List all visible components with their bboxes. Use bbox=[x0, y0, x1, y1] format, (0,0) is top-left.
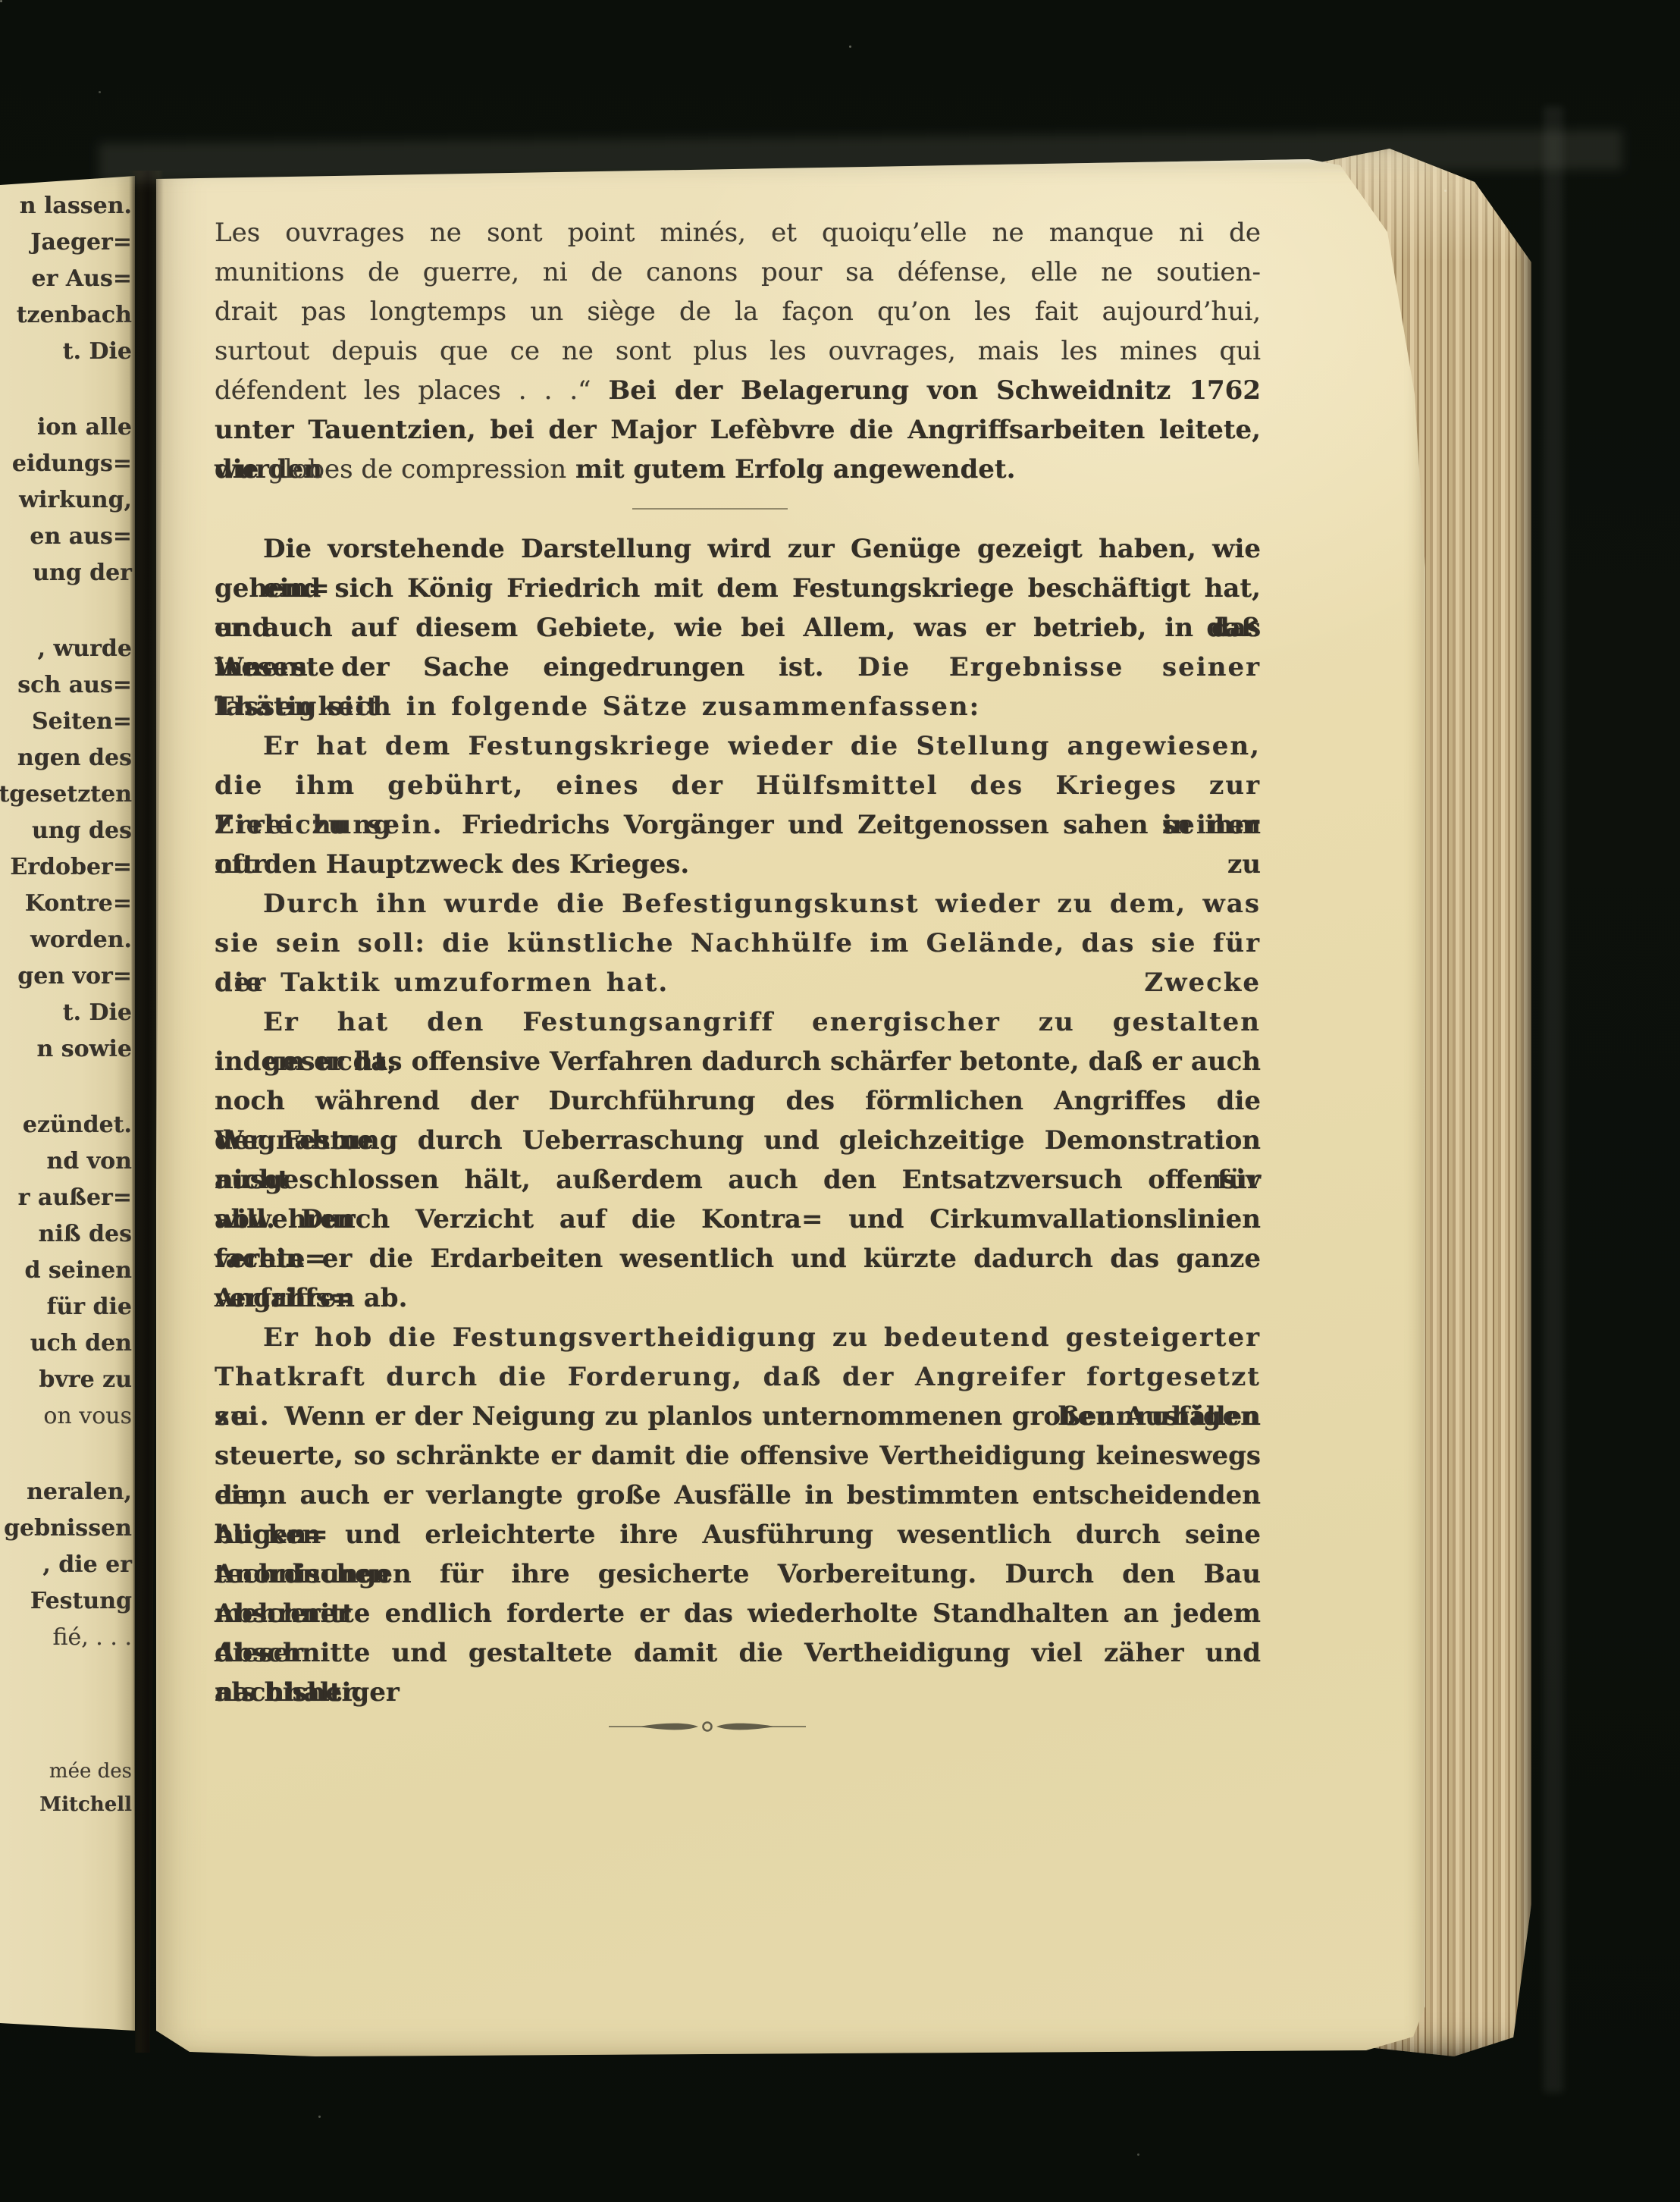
margin-fragment: worden. bbox=[0, 922, 132, 958]
text-line: indem er das offensive Verfahren dadurch… bbox=[215, 1042, 1261, 1081]
text-line: er auch auf diesem Gebiete, wie bei Alle… bbox=[215, 608, 1261, 648]
text-line: Thatkraft durch die Forderung, daß der A… bbox=[215, 1357, 1261, 1397]
text-line: die globes de compression mit gutem Erfo… bbox=[215, 450, 1261, 489]
text-line: Wesen der Sache eingedrungen ist. Die Er… bbox=[215, 648, 1261, 687]
text-segment: Er hob die Festungsvertheidigung zu bede… bbox=[263, 1322, 1261, 1353]
end-ornament-icon bbox=[609, 1720, 806, 1733]
text-line: munitions de guerre, ni de canons pour s… bbox=[215, 253, 1261, 292]
text-line: die ihm gebührt, eines der Hülfsmittel d… bbox=[215, 766, 1261, 805]
text-segment: globes de compression bbox=[268, 454, 566, 485]
margin-fragment: sch aus= bbox=[0, 667, 132, 704]
text-segment: indem er das offensive Verfahren dadurch… bbox=[215, 1046, 1261, 1077]
text-line: Anordnungen für ihre gesicherte Vorberei… bbox=[215, 1554, 1261, 1594]
text-segment: oft den Hauptzweck des Krieges. bbox=[215, 849, 689, 880]
text-line: steuerte, so schränkte er damit die offe… bbox=[215, 1436, 1261, 1476]
paragraph: Er hat dem Festungskriege wieder die Ste… bbox=[215, 726, 1261, 884]
text-line: der Festung durch Ueberraschung und glei… bbox=[215, 1121, 1261, 1160]
text-line: gehend sich König Friedrich mit dem Fest… bbox=[215, 569, 1261, 608]
text-segment: als bisher. bbox=[215, 1677, 362, 1708]
margin-fragment: er Aus= bbox=[0, 261, 132, 297]
margin-fragment: fié, . . . bbox=[0, 1620, 132, 1656]
margin-fragment: d seinen bbox=[0, 1253, 132, 1289]
text-segment: Les ouvrages ne sont point minés, et quo… bbox=[215, 218, 1261, 248]
paragraph-group-top: Les ouvrages ne sont point minés, et quo… bbox=[215, 213, 1261, 489]
margin-fragment: mée des bbox=[0, 1755, 132, 1788]
margin-fragment: n lassen. bbox=[0, 188, 132, 224]
margin-fragment: Festung bbox=[0, 1583, 132, 1620]
dust-specks bbox=[0, 0, 2, 2]
margin-fragment: t. Die bbox=[0, 995, 132, 1031]
text-segment: Durch ihn wurde die Befestigungskunst wi… bbox=[263, 889, 1261, 919]
paragraph: Er hob die Festungsvertheidigung zu bede… bbox=[215, 1318, 1261, 1712]
text-line: Abschnitte und gestaltete damit die Vert… bbox=[215, 1633, 1261, 1673]
margin-fragment: t. Die bbox=[0, 334, 132, 370]
margin-fragment: Mitchell bbox=[0, 1788, 132, 1821]
margin-fragment: niß des bbox=[0, 1216, 132, 1253]
page-text-block: Les ouvrages ne sont point minés, et quo… bbox=[215, 213, 1261, 1733]
text-line: drait pas longtemps un siège de la façon… bbox=[215, 292, 1261, 331]
text-segment: Bei der Belagerung von Schweidnitz 1762 bbox=[609, 375, 1261, 406]
paragraph: Er hat den Festungsangriff energischer z… bbox=[215, 1002, 1261, 1318]
paragraph: Les ouvrages ne sont point minés, et quo… bbox=[215, 213, 1261, 489]
margin-fragment: gebnissen bbox=[0, 1510, 132, 1547]
paragraph: Die vorstehende Darstellung wird zur Gen… bbox=[215, 529, 1261, 726]
text-line: sie sein soll: die künstliche Nachhülfe … bbox=[215, 924, 1261, 963]
text-segment: drait pas longtemps un siège de la façon… bbox=[215, 296, 1261, 327]
margin-fragment: Kontre= bbox=[0, 886, 132, 922]
text-segment: der Taktik umzuformen hat. bbox=[215, 968, 669, 998]
margin-fragment: Seiten= bbox=[0, 704, 132, 740]
text-line: Abschnitte endlich forderte er das wiede… bbox=[215, 1594, 1261, 1633]
text-line: défendent les places . . .“ Bei der Bela… bbox=[215, 371, 1261, 410]
paragraph: Durch ihn wurde die Befestigungskunst wi… bbox=[215, 884, 1261, 1002]
margin-fragment: Erdober= bbox=[0, 849, 132, 886]
margin-fragment: ezündet. bbox=[0, 1107, 132, 1143]
margin-fragment: ung der bbox=[0, 555, 132, 591]
text-segment: Wesen der Sache eingedrungen ist. bbox=[215, 652, 857, 682]
text-line: denn auch er verlangte große Ausfälle in… bbox=[215, 1476, 1261, 1515]
section-divider-rule bbox=[632, 508, 788, 510]
text-line: blicken und erleichterte ihre Ausführung… bbox=[215, 1515, 1261, 1554]
margin-fragment: für die bbox=[0, 1289, 132, 1325]
facing-page-text-fragments: n lassen.Jaeger=er Aus=tzenbacht. Dieion… bbox=[0, 188, 132, 1821]
margin-fragment: , wurde bbox=[0, 631, 132, 667]
margin-fragment: ion alle bbox=[0, 409, 132, 446]
text-line: Er hat den Festungsangriff energischer z… bbox=[215, 1002, 1261, 1042]
margin-fragment: nd von bbox=[0, 1143, 132, 1180]
margin-fragment: gen vor= bbox=[0, 958, 132, 995]
margin-fragment: n sowie bbox=[0, 1031, 132, 1068]
text-line: surtout depuis que ce ne sont plus les o… bbox=[215, 331, 1261, 371]
text-segment: Wenn er der Neigung zu planlos unternomm… bbox=[284, 1401, 1261, 1432]
text-line: Er hob die Festungsvertheidigung zu bede… bbox=[215, 1318, 1261, 1357]
text-line: sei. Wenn er der Neigung zu planlos unte… bbox=[215, 1397, 1261, 1436]
text-segment: Ziele zu sein. bbox=[215, 810, 462, 840]
margin-fragment: on vous bbox=[0, 1398, 132, 1435]
margin-fragment: tzenbach bbox=[0, 297, 132, 334]
facing-page-sliver: n lassen.Jaeger=er Aus=tzenbacht. Dieion… bbox=[0, 176, 135, 2043]
margin-fragment: r außer= bbox=[0, 1180, 132, 1216]
margin-fragment: tgesetzten bbox=[0, 776, 132, 813]
margin-fragment: eidungs= bbox=[0, 446, 132, 482]
margin-fragment: neralen, bbox=[0, 1474, 132, 1510]
text-line: Les ouvrages ne sont point minés, et quo… bbox=[215, 213, 1261, 253]
text-line: unter Tauentzien, bei der Major Lefèbvre… bbox=[215, 410, 1261, 450]
text-line: noch während der Durchführung des förmli… bbox=[215, 1081, 1261, 1121]
margin-fragment: wirkung, bbox=[0, 482, 132, 519]
text-line: fachte er die Erdarbeiten wesentlich und… bbox=[215, 1239, 1261, 1278]
margin-fragment: , die er bbox=[0, 1547, 132, 1583]
text-line: Ziele zu sein. Friedrichs Vorgänger und … bbox=[215, 805, 1261, 845]
text-segment: surtout depuis que ce ne sont plus les o… bbox=[215, 336, 1261, 366]
book-page: Les ouvrages ne sont point minés, et quo… bbox=[156, 159, 1425, 2056]
text-line: will. Durch Verzicht auf die Kontra= und… bbox=[215, 1200, 1261, 1239]
text-segment: munitions de guerre, ni de canons pour s… bbox=[215, 257, 1261, 287]
text-segment: sei. bbox=[215, 1401, 284, 1432]
text-line: Durch ihn wurde die Befestigungskunst wi… bbox=[215, 884, 1261, 924]
margin-fragment: uch den bbox=[0, 1325, 132, 1362]
text-line: lassen sich in folgende Sätze zusammenfa… bbox=[215, 687, 1261, 726]
text-segment: die bbox=[215, 454, 268, 485]
margin-fragment: Jaeger= bbox=[0, 224, 132, 261]
text-segment: lassen sich in folgende Sätze zusammenfa… bbox=[215, 692, 980, 722]
margin-fragment: ngen des bbox=[0, 740, 132, 776]
margin-fragment: en aus= bbox=[0, 519, 132, 555]
text-line: Die vorstehende Darstellung wird zur Gen… bbox=[215, 529, 1261, 569]
margin-fragment: ung des bbox=[0, 813, 132, 849]
text-segment: Er hat dem Festungskriege wieder die Ste… bbox=[263, 731, 1261, 761]
glass-reflection-right bbox=[1544, 106, 1563, 2093]
margin-fragment: bvre zu bbox=[0, 1362, 132, 1398]
text-segment: défendent les places . . .“ bbox=[215, 375, 609, 406]
paragraph-group-body: Die vorstehende Darstellung wird zur Gen… bbox=[215, 529, 1261, 1712]
text-segment: mit gutem Erfolg angewendet. bbox=[566, 454, 1015, 485]
text-line: verfahren ab. bbox=[215, 1278, 1261, 1318]
text-segment: verfahren ab. bbox=[215, 1283, 407, 1313]
text-line: ausgeschlossen hält, außerdem auch den E… bbox=[215, 1160, 1261, 1200]
text-line: Er hat dem Festungskriege wieder die Ste… bbox=[215, 726, 1261, 766]
